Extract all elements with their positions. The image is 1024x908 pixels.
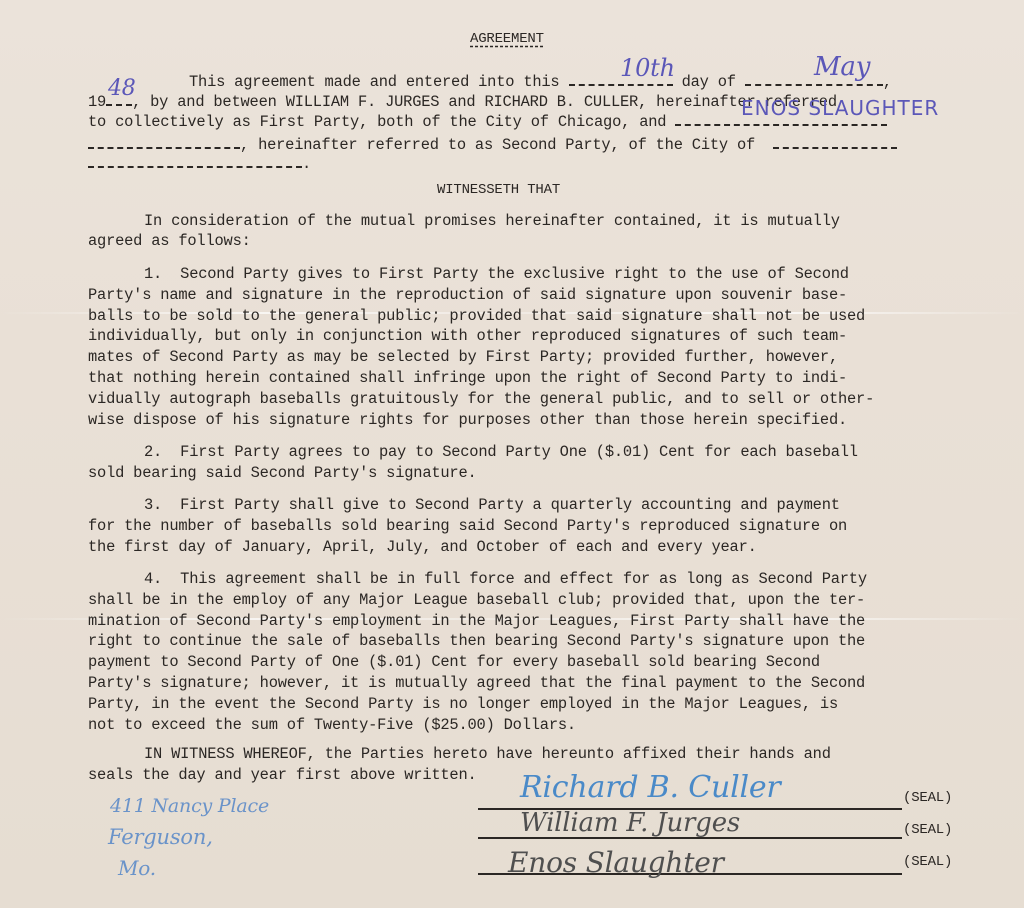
city-blank <box>88 133 240 149</box>
signature-jurges: William F. Jurges <box>520 808 740 838</box>
signature-slaughter: Enos Slaughter <box>508 846 724 879</box>
subheading: WITNESSETH THAT <box>437 181 560 199</box>
clause-4: 4. This agreement shall be in full force… <box>144 570 867 588</box>
handwritten-year: 48 <box>108 76 136 101</box>
clause-text: First Party agrees to pay to Second Part… <box>180 443 858 461</box>
clause-text: mates of Second Party as may be selected… <box>88 348 838 366</box>
intro-text: to collectively as First Party, both of … <box>88 113 666 131</box>
handwritten-month: May <box>814 52 870 82</box>
preamble-line: agreed as follows: <box>88 232 251 250</box>
handwritten-day: 10th <box>620 54 675 82</box>
intro-text: This agreement made and entered into thi… <box>189 73 559 91</box>
intro-text: , hereinafter referred to as Second Part… <box>240 136 755 154</box>
clause-text: balls to be sold to the general public; … <box>88 307 865 325</box>
clause-text: payment to Second Party of One ($.01) Ce… <box>88 653 820 671</box>
intro-line-5: . <box>88 152 311 173</box>
clause-text: mination of Second Party's employment in… <box>88 612 865 630</box>
clause-text: First Party shall give to Second Party a… <box>180 496 840 514</box>
intro-text: , by and between WILLIAM F. JURGES and R… <box>132 93 837 111</box>
clause-text: vidually autograph baseballs gratuitousl… <box>88 390 874 408</box>
clause-text: Party's name and signature in the reprod… <box>88 286 847 304</box>
clause-text: shall be in the employ of any Major Leag… <box>88 591 865 609</box>
handwritten-address-line: Mo. <box>118 856 156 880</box>
signature-culler: Richard B. Culler <box>520 770 781 805</box>
clause-text: not to exceed the sum of Twenty-Five ($2… <box>88 716 576 734</box>
clause-1: 1. Second Party gives to First Party the… <box>144 265 849 283</box>
seal-label: (SEAL) <box>903 853 952 871</box>
clause-number: 4. <box>144 570 162 588</box>
clause-number: 3. <box>144 496 162 514</box>
clause-number: 2. <box>144 443 162 461</box>
year-prefix: 19 <box>88 93 106 111</box>
clause-text: right to continue the sale of baseballs … <box>88 632 865 650</box>
city-blank-3 <box>88 152 302 168</box>
clause-text: for the number of baseballs sold bearing… <box>88 517 847 535</box>
preamble-line: In consideration of the mutual promises … <box>144 212 840 230</box>
intro-line-4: , hereinafter referred to as Second Part… <box>88 133 897 154</box>
document-title: AGREEMENT <box>470 30 544 48</box>
clause-3: 3. First Party shall give to Second Part… <box>144 496 840 514</box>
clause-text: individually, but only in conjunction wi… <box>88 327 847 345</box>
clause-text: the first day of January, April, July, a… <box>88 538 757 556</box>
clause-text: wise dispose of his signature rights for… <box>88 411 847 429</box>
agreement-document: AGREEMENT This agreement made and entere… <box>0 0 1024 908</box>
intro-text: day of <box>682 73 736 91</box>
intro-line-2: 19, by and between WILLIAM F. JURGES and… <box>88 90 837 111</box>
handwritten-second-party: ENOS SLAUGHTER <box>741 96 939 120</box>
clause-text: Party, in the event the Second Party is … <box>88 695 838 713</box>
clause-2: 2. First Party agrees to pay to Second P… <box>144 443 858 461</box>
intro-line-1: This agreement made and entered into thi… <box>189 70 892 91</box>
clause-text: Second Party gives to First Party the ex… <box>180 265 849 283</box>
witness-line: IN WITNESS WHEREOF, the Parties hereto h… <box>144 745 831 763</box>
handwritten-address-line: 411 Nancy Place <box>110 795 269 817</box>
clause-text: This agreement shall be in full force an… <box>180 570 867 588</box>
witness-line: seals the day and year first above writt… <box>88 766 477 784</box>
clause-number: 1. <box>144 265 162 283</box>
clause-text: that nothing herein contained shall infr… <box>88 369 847 387</box>
seal-label: (SEAL) <box>903 789 952 807</box>
clause-text: Party's signature; however, it is mutual… <box>88 674 865 692</box>
handwritten-address-line: Ferguson, <box>108 825 213 849</box>
clause-text: sold bearing said Second Party's signatu… <box>88 464 477 482</box>
seal-label: (SEAL) <box>903 821 952 839</box>
city-blank-2 <box>773 133 897 149</box>
